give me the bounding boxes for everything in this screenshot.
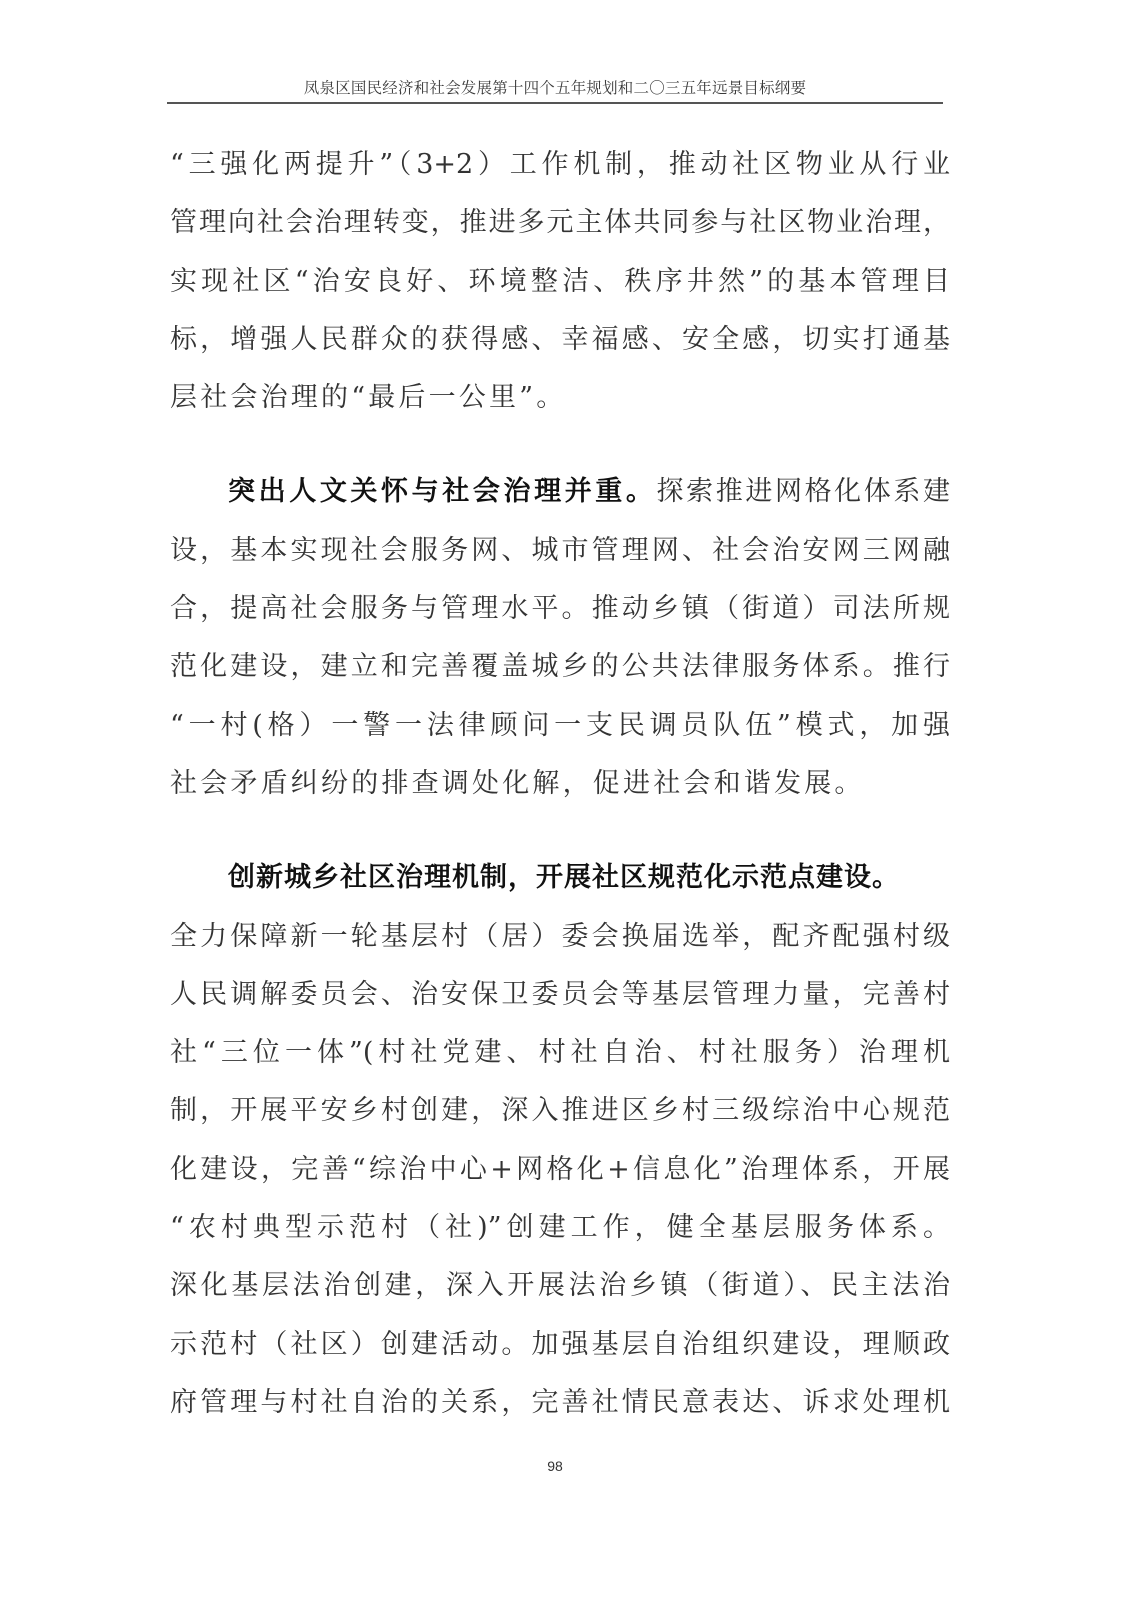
text-line: “农村典型示范村（社)”创建工作，健全基层服务体系。 [170, 1199, 950, 1257]
text-line: 全力保障新一轮基层村（居）委会换届选举，配齐配强村级 [170, 908, 950, 966]
text-line-lead: 突出人文关怀与社会治理并重。探索推进网格化体系建 [170, 463, 950, 521]
header-divider [167, 102, 943, 104]
paragraph-heading: 创新城乡社区治理机制，开展社区规范化示范点建设。 [228, 862, 900, 893]
text-line: 人民调解委员会、治安保卫委员会等基层管理力量，完善村 [170, 966, 950, 1024]
paragraph-2: 突出人文关怀与社会治理并重。探索推进网格化体系建 设，基本实现社会服务网、城市管… [170, 463, 950, 813]
paragraph-1: “三强化两提升”（3+2）工作机制，推动社区物业从行业 管理向社会治理转变，推进… [170, 136, 950, 427]
text-line: 合，提高社会服务与管理水平。推动乡镇（街道）司法所规 [170, 580, 950, 638]
text-line: 社“三位一体”(村社党建、村社自治、村社服务）治理机 [170, 1024, 950, 1082]
text-line: 范化建设，建立和完善覆盖城乡的公共法律服务体系。推行 [170, 638, 950, 696]
text-line: 制，开展平安乡村创建，深入推进区乡村三级综治中心规范 [170, 1082, 950, 1140]
text-line: 管理向社会治理转变，推进多元主体共同参与社区物业治理， [170, 194, 950, 252]
text-line: 社会矛盾纠纷的排查调处化解，促进社会和谐发展。 [170, 755, 950, 813]
text-line: 深化基层法治创建，深入开展法治乡镇（街道）、民主法治 [170, 1257, 950, 1315]
text-line: 设，基本实现社会服务网、城市管理网、社会治安网三网融 [170, 522, 950, 580]
paragraph-3: 创新城乡社区治理机制，开展社区规范化示范点建设。 全力保障新一轮基层村（居）委会… [170, 849, 950, 1432]
text-line: 标，增强人民群众的获得感、幸福感、安全感，切实打通基 [170, 311, 950, 369]
text-line: 府管理与村社自治的关系，完善社情民意表达、诉求处理机 [170, 1374, 950, 1432]
text-line: 示范村（社区）创建活动。加强基层自治组织建设，理顺政 [170, 1316, 950, 1374]
text-line: “一村(格）一警一法律顾问一支民调员队伍”模式，加强 [170, 697, 950, 755]
text-line: 实现社区“治安良好、环境整洁、秩序井然”的基本管理目 [170, 253, 950, 311]
paragraph-heading: 突出人文关怀与社会治理并重。 [228, 476, 657, 507]
text-run: 探索推进网格化体系建 [657, 476, 950, 507]
paragraph-gap [170, 813, 950, 849]
text-line-lead: 创新城乡社区治理机制，开展社区规范化示范点建设。 [170, 849, 950, 907]
paragraph-gap [170, 427, 950, 463]
document-body: “三强化两提升”（3+2）工作机制，推动社区物业从行业 管理向社会治理转变，推进… [170, 136, 950, 1432]
text-line: 化建设，完善“综治中心+网格化+信息化”治理体系，开展 [170, 1141, 950, 1199]
text-line: “三强化两提升”（3+2）工作机制，推动社区物业从行业 [170, 136, 950, 194]
running-header-title: 凤泉区国民经济和社会发展第十四个五年规划和二〇三五年远景目标纲要 [167, 78, 943, 98]
page-number: 98 [535, 1458, 575, 1474]
text-line: 层社会治理的“最后一公里”。 [170, 369, 950, 427]
